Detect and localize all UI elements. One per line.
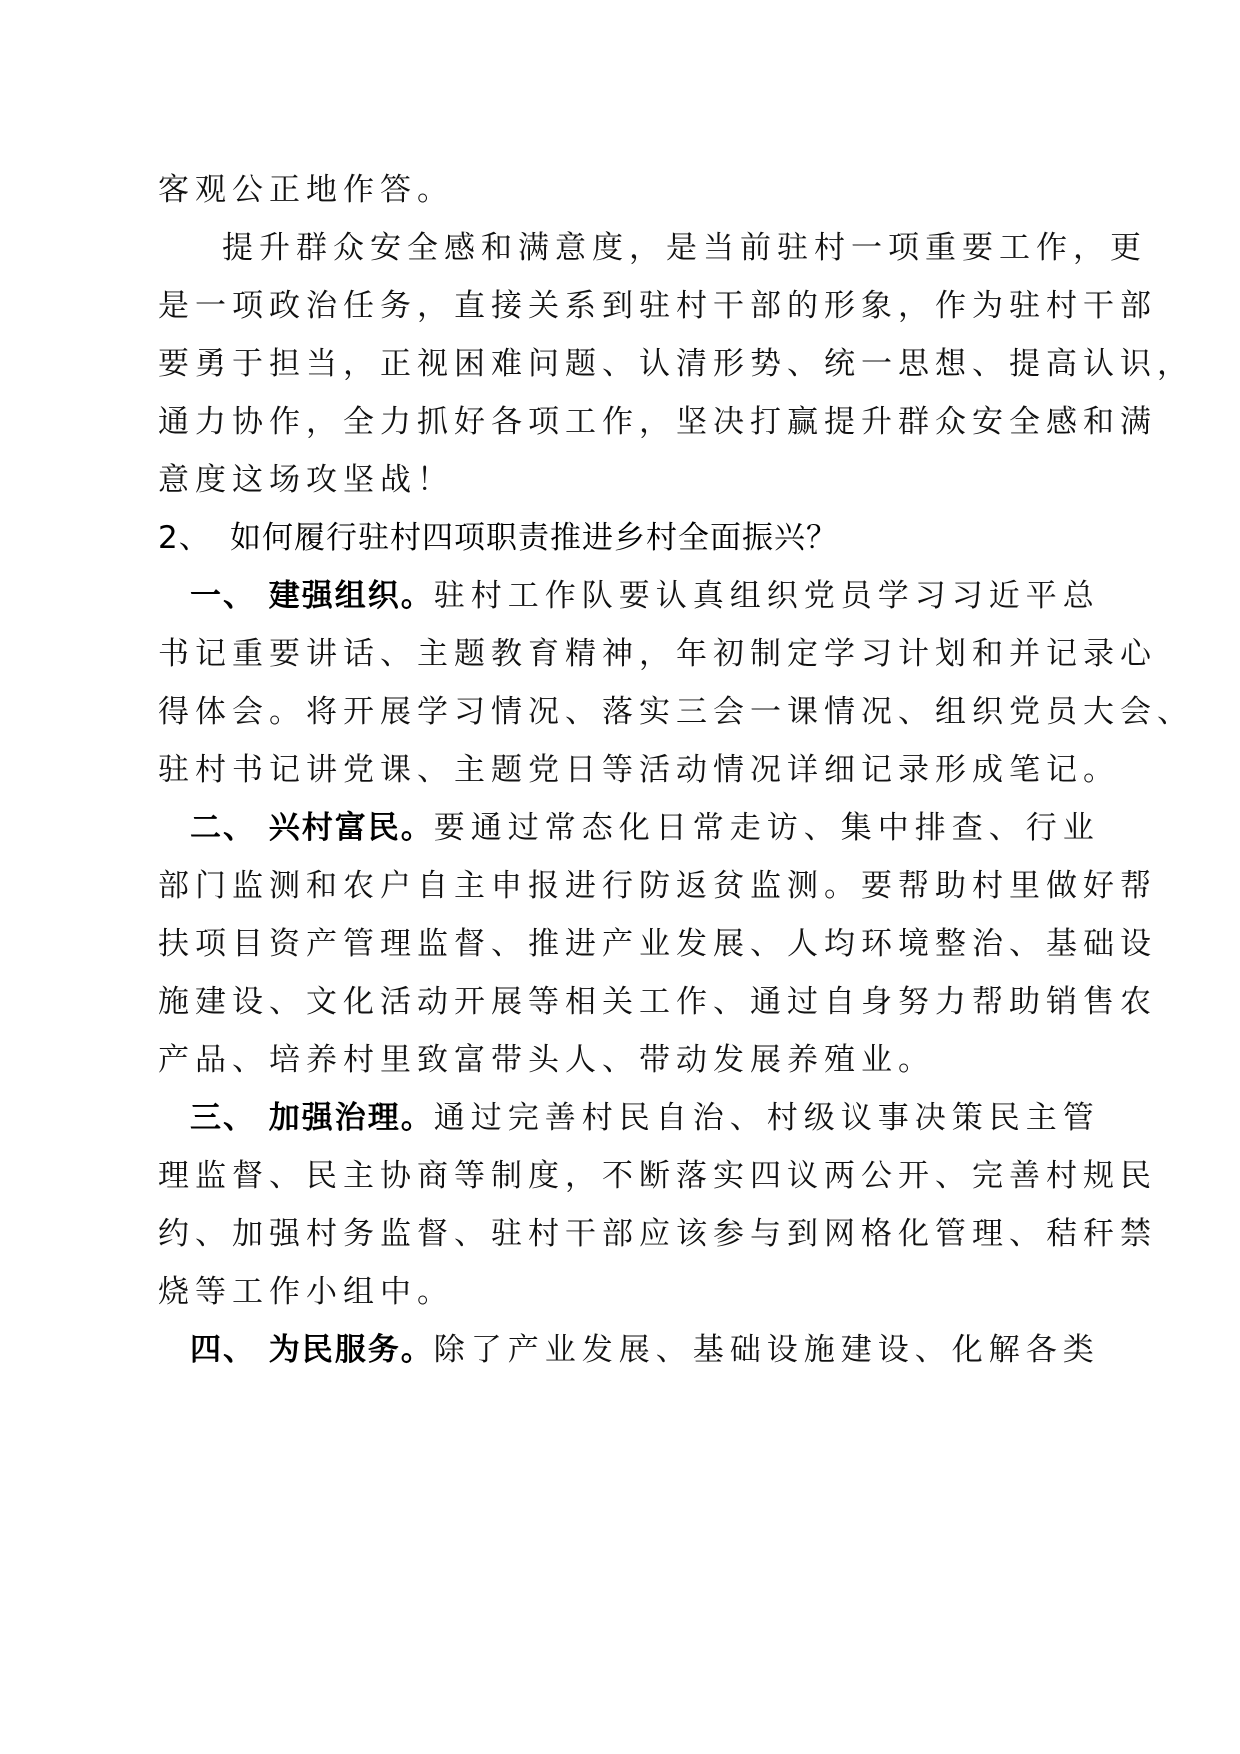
section-text: 要通过常态化日常走访、集中排查、行业 [434,810,1100,846]
section-line: 得体会。将开展学习情况、落实三会一课情况、组织党员大会、 [158,692,1194,732]
document-page: 客观公正地作答。 提升群众安全感和满意度，是当前驻村一项重要工作，更 是一项政治… [0,0,1240,1754]
section-text: 除了产业发展、基础设施建设、化解各类 [434,1332,1100,1368]
section-line: 施建设、文化活动开展等相关工作、通过自身努力帮助销售农 [158,982,1157,1022]
section-text: 通过完善村民自治、村级议事决策民主管 [434,1100,1100,1136]
section-line: 部门监测和农户自主申报进行防返贫监测。要帮助村里做好帮 [158,866,1157,906]
section-first-line: 二、 兴村富民。要通过常态化日常走访、集中排查、行业 [190,808,1100,848]
section-title: 三、 加强治理。 [190,1100,434,1136]
section-first-line: 一、 建强组织。驻村工作队要认真组织党员学习习近平总 [190,576,1100,616]
section-first-line: 四、 为民服务。除了产业发展、基础设施建设、化解各类 [190,1330,1100,1370]
question-heading: 2、如何履行驻村四项职责推进乡村全面振兴？ [158,518,838,558]
section-line: 约、加强村务监督、驻村干部应该参与到网格化管理、秸秆禁 [158,1214,1157,1254]
paragraph-line: 通力协作，全力抓好各项工作，坚决打赢提升群众安全感和满 [158,402,1157,442]
section-text: 驻村工作队要认真组织党员学习习近平总 [434,578,1100,614]
question-text: 如何履行驻村四项职责推进乡村全面振兴？ [230,520,838,556]
paragraph-line: 意度这场攻坚战！ [158,460,454,500]
section-line: 理监督、民主协商等制度，不断落实四议两公开、完善村规民 [158,1156,1157,1196]
section-title: 二、 兴村富民。 [190,810,434,846]
question-number: 2、 [158,518,230,558]
paragraph-line: 提升群众安全感和满意度，是当前驻村一项重要工作，更 [222,228,1147,268]
section-line: 扶项目资产管理监督、推进产业发展、人均环境整治、基础设 [158,924,1157,964]
paragraph-line: 是一项政治任务，直接关系到驻村干部的形象，作为驻村干部 [158,286,1157,326]
paragraph-line: 客观公正地作答。 [158,170,454,210]
section-line: 驻村书记讲党课、主题党日等活动情况详细记录形成笔记。 [158,750,1120,790]
section-line: 产品、培养村里致富带头人、带动发展养殖业。 [158,1040,935,1080]
paragraph-line: 要勇于担当，正视困难问题、认清形势、统一思想、提高认识， [158,344,1194,384]
section-title: 四、 为民服务。 [190,1332,434,1368]
section-title: 一、 建强组织。 [190,578,434,614]
section-first-line: 三、 加强治理。通过完善村民自治、村级议事决策民主管 [190,1098,1100,1138]
section-line: 烧等工作小组中。 [158,1272,454,1312]
section-line: 书记重要讲话、主题教育精神，年初制定学习计划和并记录心 [158,634,1157,674]
